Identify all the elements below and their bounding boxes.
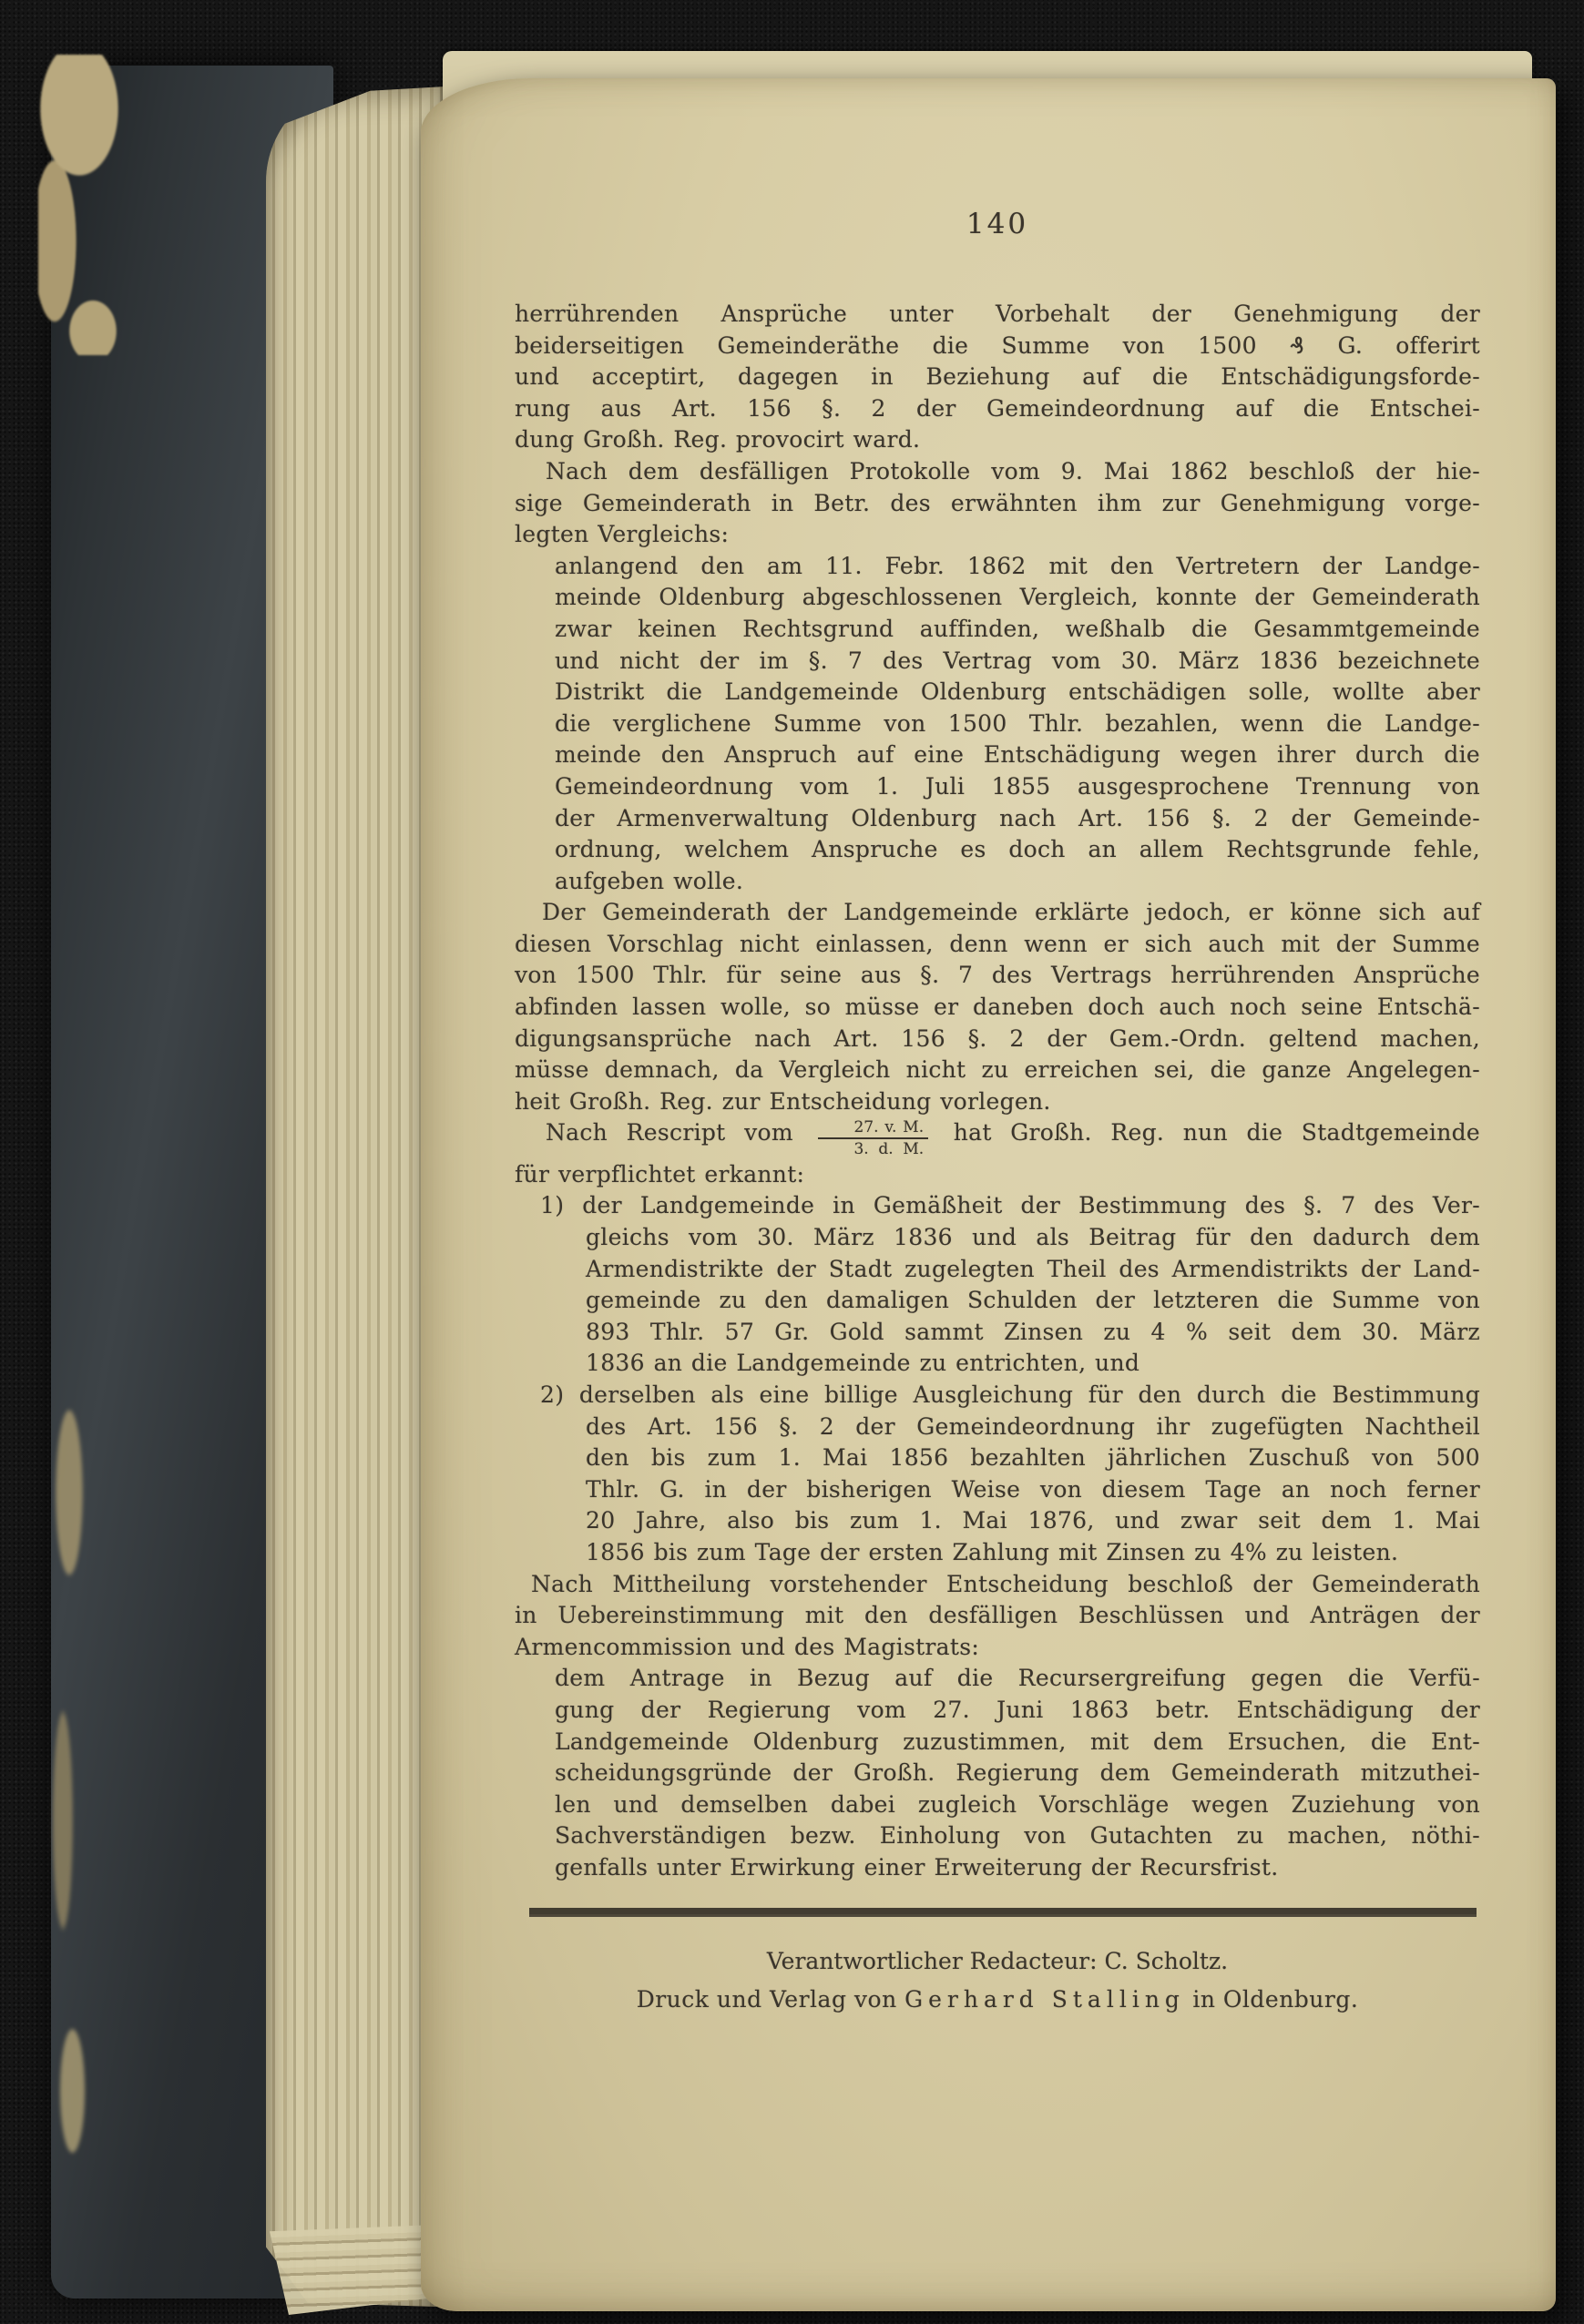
text-line: abfinden lassen wolle, so müsse er daneb… — [515, 992, 1480, 1024]
text-line: 1836 an die Landgemeinde zu entrichten, … — [586, 1348, 1480, 1380]
footer-rule — [529, 1908, 1477, 1917]
book-photo: 140 herrührenden Ansprüche unter Vorbeha… — [0, 0, 1584, 2324]
text-line: den bis zum 1. Mai 1856 bezahlten jährli… — [586, 1442, 1480, 1474]
text-line: Nach dem desfälligen Protokolle vom 9. M… — [515, 456, 1480, 488]
text-line: Gemeindeordnung vom 1. Juli 1855 ausgesp… — [555, 771, 1480, 803]
text-line: 20 Jahre, also bis zum 1. Mai 1876, und … — [586, 1505, 1480, 1537]
text-line: len und demselben dabei zugleich Vorschl… — [555, 1789, 1480, 1821]
imprint-publisher-name: Gerhard Stalling — [904, 1986, 1185, 2013]
text-line: Nach Mittheilung vorstehender Entscheidu… — [515, 1569, 1480, 1601]
text-line: Armencommission und des Magistrats: — [515, 1632, 1480, 1664]
imprint-pre: Druck und Verlag von — [637, 1986, 904, 2013]
text-line: Nach Rescript vom 27. v. M.3. d. M. hat … — [515, 1117, 1480, 1158]
text-block: herrührenden Ansprüche unter Vorbehalt d… — [515, 299, 1480, 1883]
text-line: für verpflichtet erkannt: — [515, 1159, 1480, 1191]
text-line: aufgeben wolle. — [555, 866, 1480, 898]
paragraph: dem Antrage in Bezug auf die Recursergre… — [515, 1663, 1480, 1883]
text-line: zwar keinen Rechtsgrund auffinden, weßha… — [555, 614, 1480, 646]
text-line: Der Gemeinderath der Landgemeinde erklär… — [515, 897, 1480, 929]
page-number: 140 — [515, 208, 1480, 240]
text-column: 140 herrührenden Ansprüche unter Vorbeha… — [515, 208, 1480, 2019]
date-fraction: 27. v. M.3. d. M. — [818, 1118, 928, 1159]
text-line: anlangend den am 11. Febr. 1862 mit den … — [555, 551, 1480, 583]
text-line: und acceptirt, dagegen in Beziehung auf … — [515, 362, 1480, 393]
text-line: Sachverständigen bezw. Einholung von Gut… — [555, 1820, 1480, 1852]
text-line: gemeinde zu den damaligen Schulden der l… — [586, 1285, 1480, 1317]
text-line: sige Gemeinderath in Betr. des erwähnten… — [515, 488, 1480, 520]
text-line: beiderseitigen Gemeinderäthe die Summe v… — [515, 331, 1480, 362]
paragraph: herrührenden Ansprüche unter Vorbehalt d… — [515, 299, 1480, 456]
text-line: müsse demnach, da Vergleich nicht zu err… — [515, 1055, 1480, 1086]
text-line: und nicht der im §. 7 des Vertrag vom 30… — [555, 646, 1480, 678]
list-item: 2) derselben als eine billige Ausgleichu… — [515, 1380, 1480, 1569]
text-line: Distrikt die Landgemeinde Oldenburg ents… — [555, 677, 1480, 708]
paragraph: Nach Rescript vom 27. v. M.3. d. M. hat … — [515, 1117, 1480, 1190]
text-line: die verglichene Summe von 1500 Thlr. bez… — [555, 708, 1480, 740]
text-line: meinde Oldenburg abgeschlossenen Verglei… — [555, 582, 1480, 614]
paragraph: Nach Mittheilung vorstehender Entscheidu… — [515, 1569, 1480, 1664]
imprint-post: in Oldenburg. — [1185, 1986, 1358, 2013]
book-page: 140 herrührenden Ansprüche unter Vorbeha… — [421, 78, 1556, 2311]
paragraph: anlangend den am 11. Febr. 1862 mit den … — [515, 551, 1480, 898]
text-line: des Art. 156 §. 2 der Gemeindeordnung ih… — [586, 1412, 1480, 1443]
text-line: scheidungsgründe der Großh. Regierung de… — [555, 1758, 1480, 1789]
text-line: ordnung, welchem Anspruche es doch an al… — [555, 834, 1480, 866]
text-line: rung aus Art. 156 §. 2 der Gemeindeordnu… — [515, 393, 1480, 425]
text-line: heit Großh. Reg. zur Entscheidung vorleg… — [515, 1086, 1480, 1118]
text-line: Armendistrikte der Stadt zugelegten Thei… — [586, 1254, 1480, 1286]
text-line: in Uebereinstimmung mit den desfälligen … — [515, 1600, 1480, 1632]
paragraph: Der Gemeinderath der Landgemeinde erklär… — [515, 897, 1480, 1117]
text-line: genfalls unter Erwirkung einer Erweiteru… — [555, 1852, 1480, 1884]
text-line: gung der Regierung vom 27. Juni 1863 bet… — [555, 1695, 1480, 1727]
text-line: dung Großh. Reg. provocirt ward. — [515, 424, 1480, 456]
text-line: 2) derselben als eine billige Ausgleichu… — [586, 1380, 1480, 1412]
text-line: Thlr. G. in der bisherigen Weise von die… — [586, 1474, 1480, 1506]
text-line: gleichs vom 30. März 1836 und als Beitra… — [586, 1222, 1480, 1254]
paragraph: Nach dem desfälligen Protokolle vom 9. M… — [515, 456, 1480, 551]
list-item: 1) der Landgemeinde in Gemäßheit der Bes… — [515, 1190, 1480, 1380]
text-line: 1856 bis zum Tage der ersten Zahlung mit… — [586, 1537, 1480, 1569]
text-line: 893 Thlr. 57 Gr. Gold sammt Zinsen zu 4 … — [586, 1317, 1480, 1349]
text-line: meinde den Anspruch auf eine Entschädigu… — [555, 739, 1480, 771]
text-line: von 1500 Thlr. für seine aus §. 7 des Ve… — [515, 960, 1480, 992]
text-line: dem Antrage in Bezug auf die Recursergre… — [555, 1663, 1480, 1695]
text-line: herrührenden Ansprüche unter Vorbehalt d… — [515, 299, 1480, 331]
text-line: diesen Vorschlag nicht einlassen, denn w… — [515, 929, 1480, 961]
text-line: der Armenverwaltung Oldenburg nach Art. … — [555, 803, 1480, 835]
text-line: 1) der Landgemeinde in Gemäßheit der Bes… — [586, 1190, 1480, 1222]
text-line: digungsansprüche nach Art. 156 §. 2 der … — [515, 1024, 1480, 1055]
page-footer: Verantwortlicher Redacteur: C. Scholtz. … — [515, 1942, 1480, 2019]
text-line: Landgemeinde Oldenburg zuzustimmen, mit … — [555, 1727, 1480, 1758]
footer-imprint-line: Druck und Verlag von Gerhard Stalling in… — [515, 1981, 1480, 2019]
footer-redacteur-line: Verantwortlicher Redacteur: C. Scholtz. — [515, 1942, 1480, 1981]
text-line: legten Vergleichs: — [515, 519, 1480, 551]
